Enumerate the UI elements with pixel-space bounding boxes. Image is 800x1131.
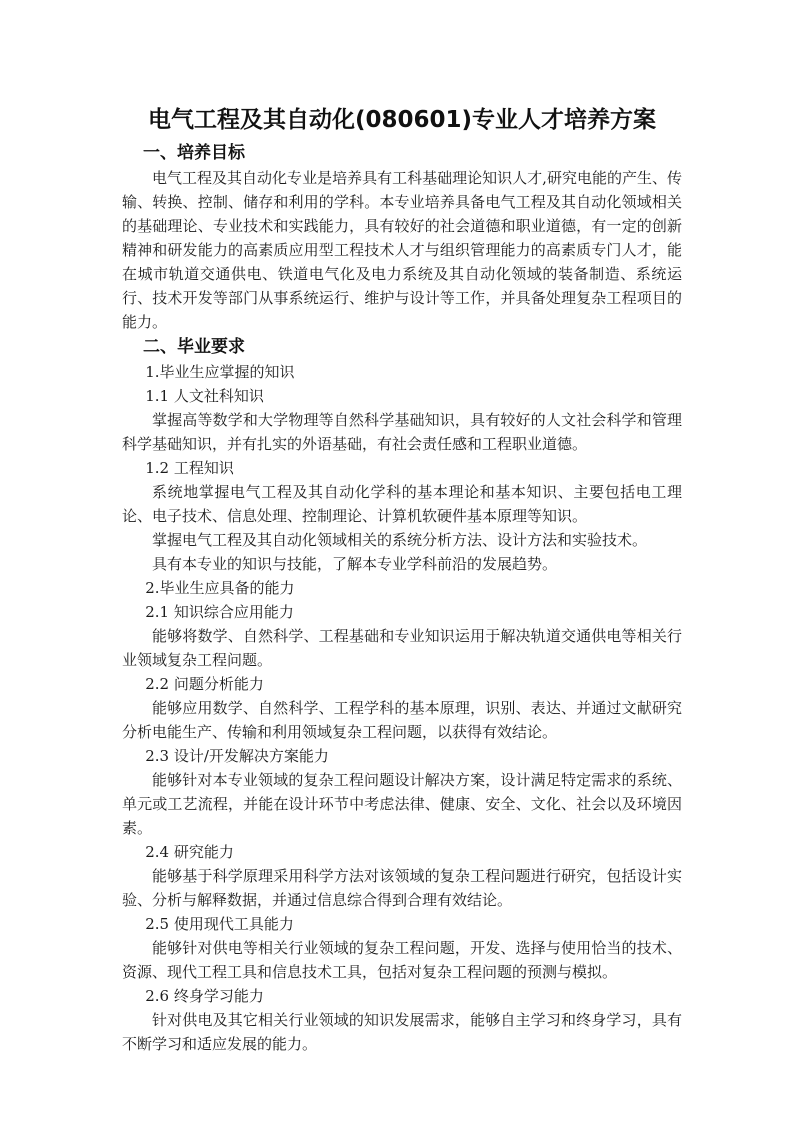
- paragraph: 系统地掌握电气工程及其自动化学科的基本理论和基本知识、主要包括电工理论、电子技术…: [122, 480, 682, 528]
- section: 一、培养目标电气工程及其自动化专业是培养具有工科基础理论知识人才,研究电能的产生…: [122, 140, 682, 334]
- paragraph: 能够基于科学原理采用科学方法对该领域的复杂工程问题进行研究，包括设计实验、分析与…: [122, 864, 682, 912]
- subheading: 2.6 终身学习能力: [122, 984, 682, 1008]
- subheading: 2.毕业生应具备的能力: [122, 576, 682, 600]
- section-heading: 二、毕业要求: [122, 334, 682, 360]
- paragraph: 掌握电气工程及其自动化领域相关的系统分析方法、设计方法和实验技术。: [122, 528, 682, 552]
- section: 二、毕业要求1.毕业生应掌握的知识1.1 人文社科知识掌握高等数学和大学物理等自…: [122, 334, 682, 1056]
- paragraph: 能够应用数学、自然科学、工程学科的基本原理，识别、表达、并通过文献研究分析电能生…: [122, 696, 682, 744]
- paragraph: 能够将数学、自然科学、工程基础和专业知识运用于解决轨道交通供电等相关行业领域复杂…: [122, 624, 682, 672]
- subheading: 2.3 设计/开发解决方案能力: [122, 744, 682, 768]
- document-body: 一、培养目标电气工程及其自动化专业是培养具有工科基础理论知识人才,研究电能的产生…: [122, 140, 682, 1056]
- subheading: 2.2 问题分析能力: [122, 672, 682, 696]
- paragraph: 掌握高等数学和大学物理等自然科学基础知识，具有较好的人文社会科学和管理科学基础知…: [122, 408, 682, 456]
- paragraph: 具有本专业的知识与技能，了解本专业学科前沿的发展趋势。: [122, 552, 682, 576]
- section-heading: 一、培养目标: [122, 140, 682, 166]
- paragraph: 能够针对供电等相关行业领域的复杂工程问题，开发、选择与使用恰当的技术、资源、现代…: [122, 936, 682, 984]
- document-title: 电气工程及其自动化(080601)专业人才培养方案: [122, 104, 682, 136]
- subheading: 1.毕业生应掌握的知识: [122, 360, 682, 384]
- subheading: 1.1 人文社科知识: [122, 384, 682, 408]
- paragraph: 能够针对本专业领域的复杂工程问题设计解决方案，设计满足特定需求的系统、单元或工艺…: [122, 768, 682, 840]
- subheading: 1.2 工程知识: [122, 456, 682, 480]
- paragraph: 电气工程及其自动化专业是培养具有工科基础理论知识人才,研究电能的产生、传输、转换…: [122, 166, 682, 334]
- document-page: 电气工程及其自动化(080601)专业人才培养方案 一、培养目标电气工程及其自动…: [0, 0, 800, 1131]
- subheading: 2.1 知识综合应用能力: [122, 600, 682, 624]
- subheading: 2.5 使用现代工具能力: [122, 912, 682, 936]
- paragraph: 针对供电及其它相关行业领域的知识发展需求，能够自主学习和终身学习，具有不断学习和…: [122, 1008, 682, 1056]
- subheading: 2.4 研究能力: [122, 840, 682, 864]
